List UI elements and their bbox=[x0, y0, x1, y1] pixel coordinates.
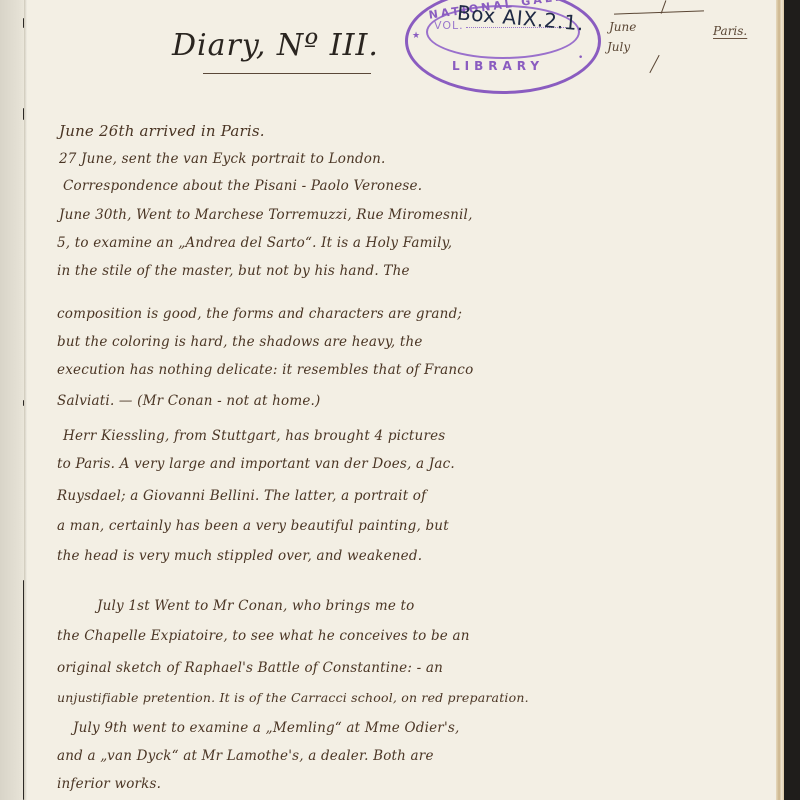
margin-rule bbox=[614, 10, 704, 14]
diary-line: Correspondence about the Pisani - Paolo … bbox=[63, 178, 422, 194]
diary-line: original sketch of Raphael's Battle of C… bbox=[57, 660, 443, 676]
diary-line: Herr Kiessling, from Stuttgart, has brou… bbox=[63, 428, 445, 444]
diary-line: composition is good, the forms and chara… bbox=[57, 306, 462, 322]
diary-line: July 9th went to examine a „Memling“ at … bbox=[73, 720, 459, 736]
margin-mark bbox=[649, 55, 659, 73]
diary-line: June 26th arrived in Paris. bbox=[59, 122, 265, 140]
diary-page: Diary, Nº III. NATIONAL GALLERY VOL. LIB… bbox=[27, 0, 779, 800]
diary-line: Ruysdael; a Giovanni Bellini. The latter… bbox=[57, 488, 426, 504]
page-title: Diary, Nº III. bbox=[172, 28, 379, 63]
margin-place: Paris. bbox=[713, 24, 747, 38]
diary-line: a man, certainly has been a very beautif… bbox=[57, 518, 449, 534]
diary-line: 27 June, sent the van Eyck portrait to L… bbox=[59, 151, 386, 167]
diary-line: June 30th, Went to Marchese Torremuzzi, … bbox=[59, 207, 473, 223]
diary-line: in the stile of the master, but not by h… bbox=[57, 263, 410, 279]
diary-line: execution has nothing delicate: it resem… bbox=[57, 362, 473, 378]
diary-line: unjustifiable pretention. It is of the C… bbox=[57, 690, 529, 705]
diary-line: July 1st Went to Mr Conan, who brings me… bbox=[97, 598, 415, 614]
stamp-star-icon: • bbox=[578, 53, 583, 63]
stamp-star-icon: ★ bbox=[412, 31, 420, 41]
title-underline bbox=[203, 73, 371, 74]
diary-line: Salviati. — (Mr Conan - not at home.) bbox=[57, 393, 320, 409]
diary-line: to Paris. A very large and important van… bbox=[57, 456, 455, 472]
stamp-bottom-text: LIBRARY bbox=[452, 59, 544, 73]
diary-line: the head is very much stippled over, and… bbox=[57, 548, 422, 564]
margin-month-june: June bbox=[609, 20, 636, 34]
margin-month-july: July bbox=[607, 40, 630, 54]
diary-line: the Chapelle Expiatoire, to see what he … bbox=[57, 628, 470, 644]
diary-line: inferior works. bbox=[57, 776, 161, 792]
diary-line: 5, to examine an „Andrea del Sarto“. It … bbox=[57, 235, 452, 251]
diary-line: and a „van Dyck“ at Mr Lamothe's, a deal… bbox=[57, 748, 434, 764]
page-edge bbox=[776, 0, 784, 800]
diary-line: but the coloring is hard, the shadows ar… bbox=[57, 334, 423, 350]
